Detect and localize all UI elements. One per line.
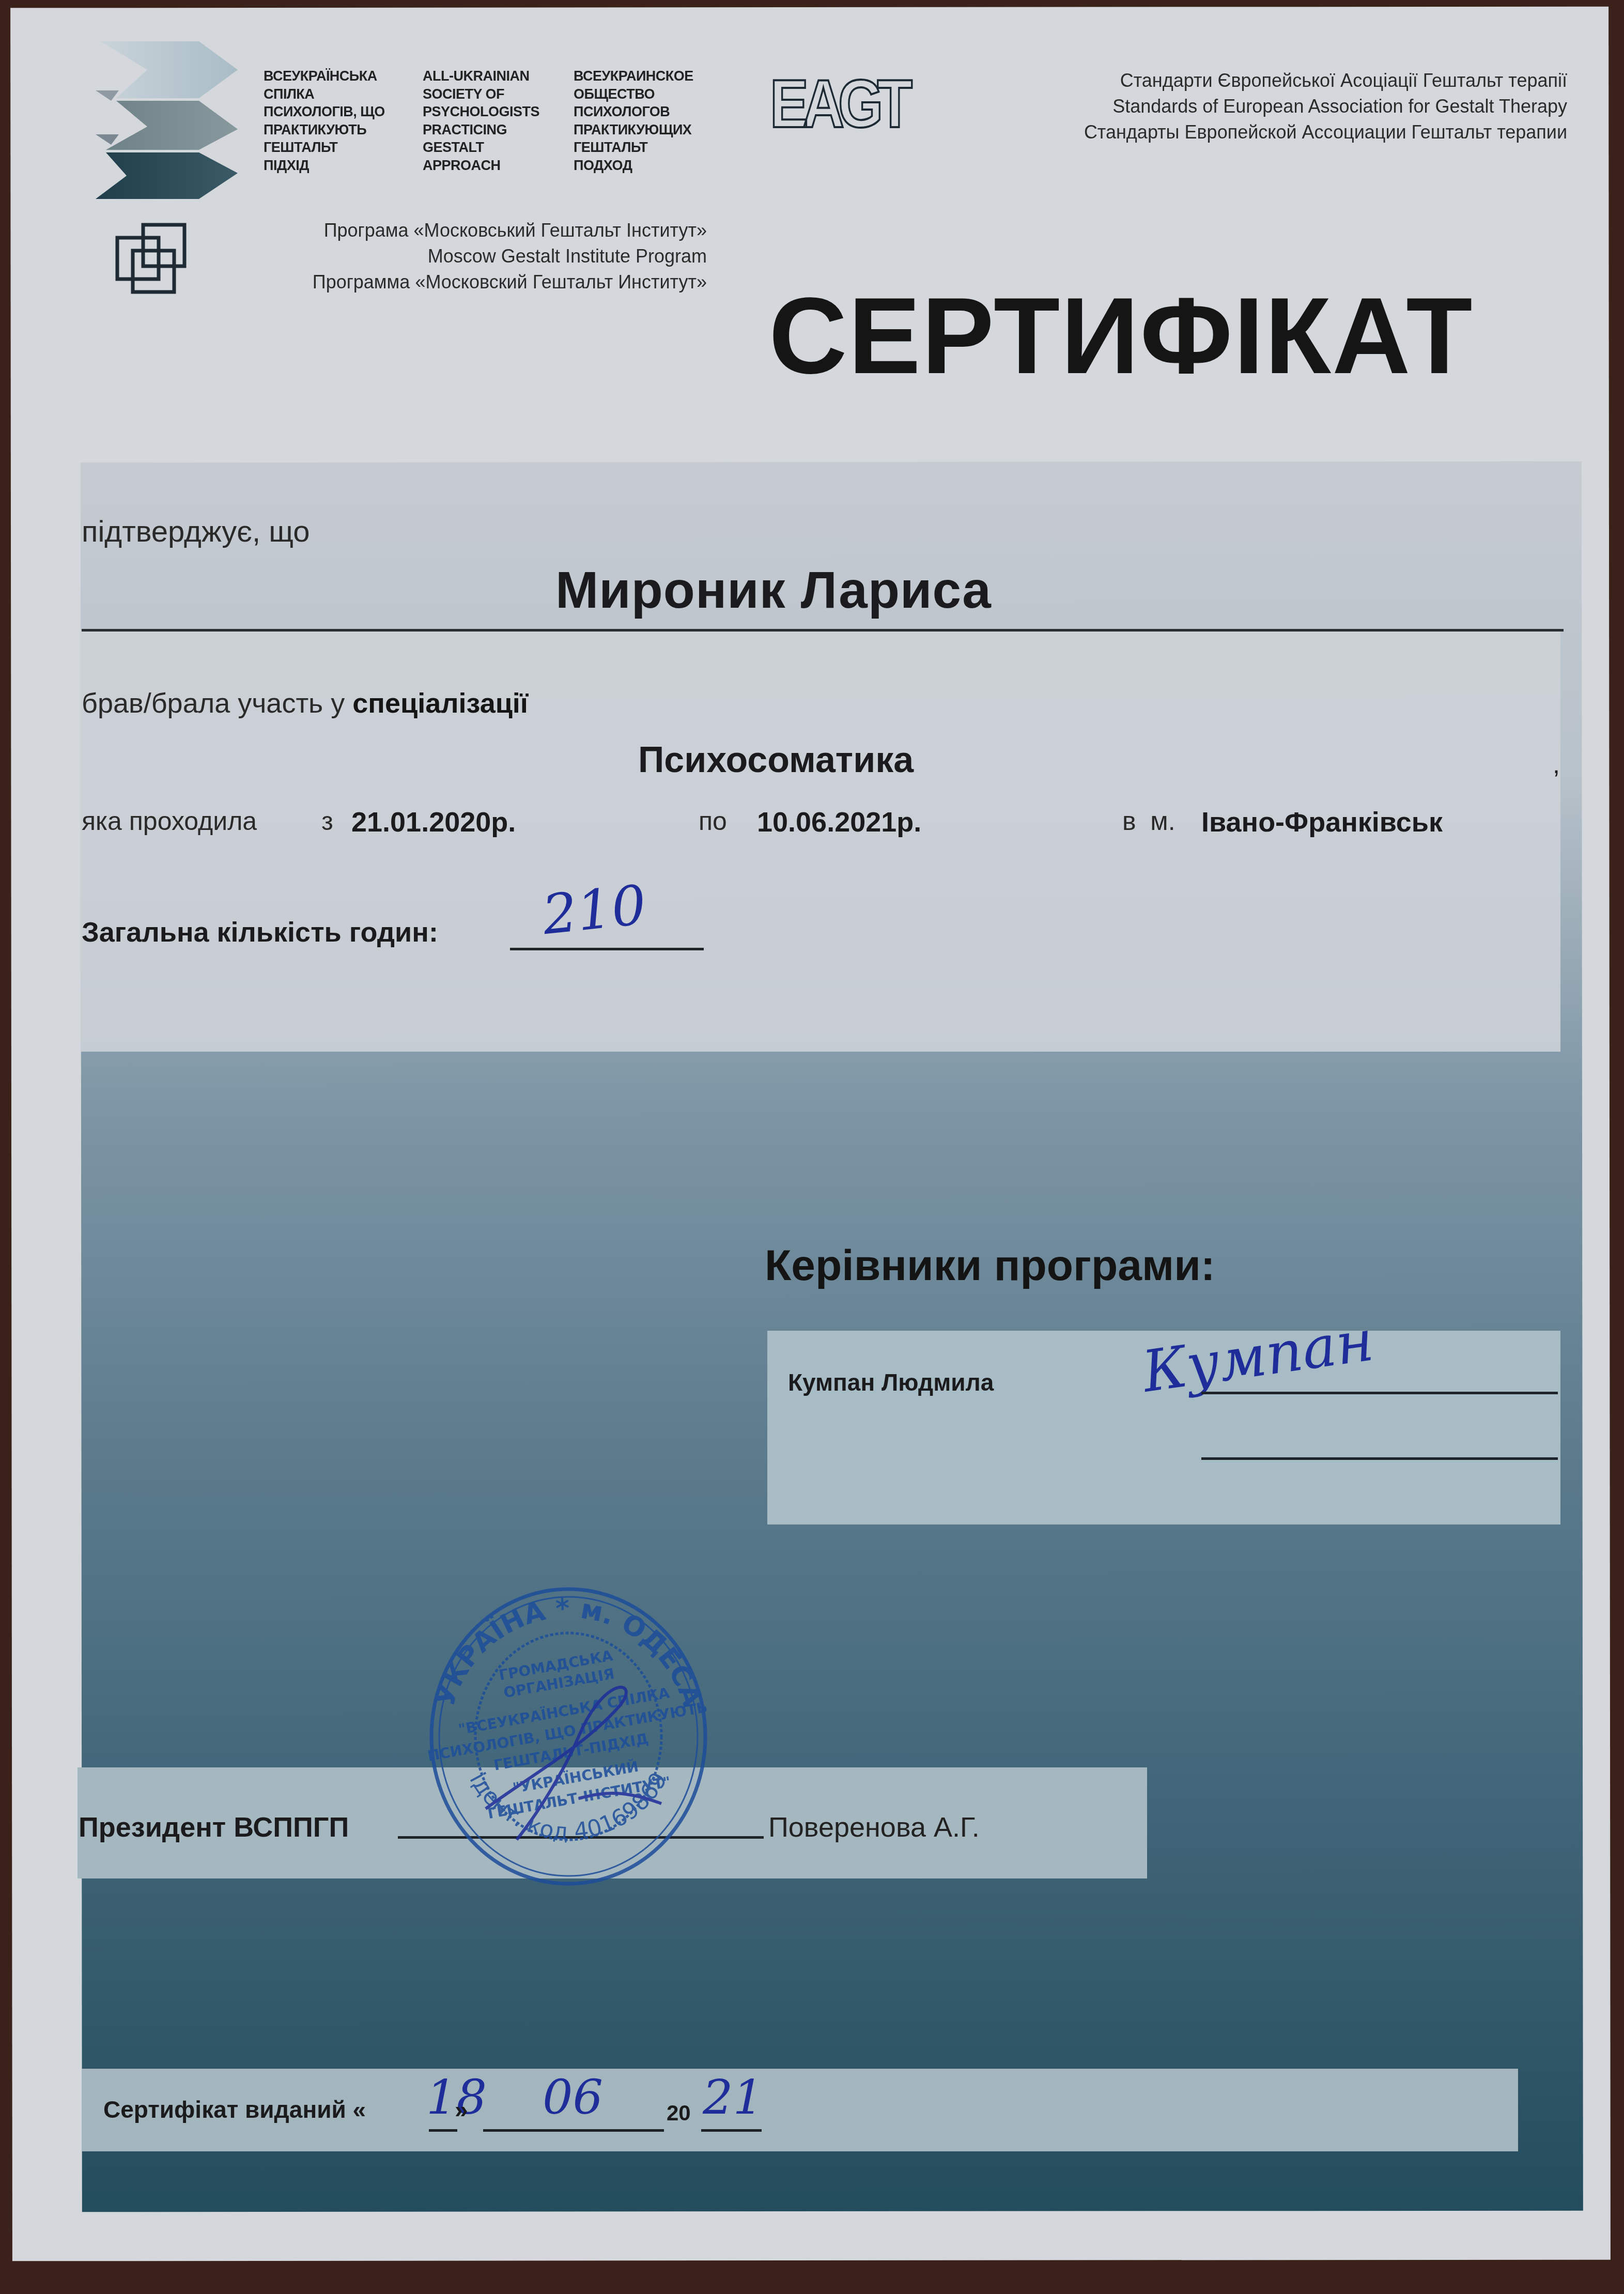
issued-year-line [701, 2129, 762, 2132]
issued-close-quote: » [455, 2096, 468, 2123]
hours-value-handwritten: 210 [539, 873, 649, 947]
leaders-heading: Керівники програми: [765, 1240, 1215, 1290]
to-date: 10.06.2021р. [757, 806, 921, 838]
hours-underline [510, 948, 704, 950]
from-label: з [321, 806, 333, 836]
participated-line: брав/брала участь у спеціалізації [82, 687, 528, 719]
issued-month-line [483, 2129, 664, 2132]
city-name: Івано-Франківськ [1201, 806, 1443, 838]
standards-uk: Стандарти Європейської Асоціації Гешталь… [1120, 70, 1567, 91]
program-name-en: Moscow Gestalt Institute Program [428, 245, 707, 267]
issued-day-line [429, 2129, 457, 2132]
leader-signature-line-2 [1201, 1457, 1558, 1460]
overlapping-squares-logo-icon [115, 222, 187, 295]
recipient-name: Мироник Лариса [555, 561, 992, 620]
confirms-label: підтверджує, що [82, 514, 310, 549]
specialization-name: Психосоматика [638, 739, 914, 780]
participated-bold: спеціалізації [352, 688, 528, 719]
leader-name: Кумпан Людмила [788, 1368, 994, 1396]
issued-month: 06 [543, 2070, 603, 2125]
president-role: Президент ВСППГП [79, 1811, 349, 1843]
to-label: по [699, 806, 727, 836]
from-date: 21.01.2020р. [351, 806, 516, 838]
program-name-ru: Программа «Московский Гештальт Институт» [313, 271, 707, 293]
leader-signature-line-1 [1201, 1392, 1558, 1394]
hours-label: Загальна кількість годин: [82, 916, 438, 948]
chevron-stack-logo-icon [96, 41, 251, 207]
standards-ru: Стандарты Европейской Ассоциации Гешталь… [1084, 121, 1567, 143]
held-label: яка проходила [82, 806, 257, 836]
city-label: в м. [1122, 806, 1176, 836]
org-name-uk: ВСЕУКРАЇНСЬКАСПІЛКАПСИХОЛОГІВ, ЩО ПРАКТИ… [264, 67, 385, 174]
issued-year-suffix: 21 [703, 2070, 763, 2125]
standards-en: Standards of European Association for Ge… [1112, 96, 1567, 117]
name-underline [82, 629, 1564, 632]
program-name-uk: Програма «Московський Гештальт Інститут» [324, 220, 707, 241]
issued-label: Сертифікат виданий « [103, 2096, 366, 2123]
president-name: Поверенова А.Г. [768, 1811, 980, 1843]
org-name-en: ALL-UKRAINIANSOCIETY OFPSYCHOLOGISTS PRA… [423, 67, 539, 174]
issued-year-prefix: 20 [667, 2101, 691, 2126]
organization-stamp-icon: УКРАЇНА * м. ОДЕСА ідент. код 40169869 Г… [413, 1581, 723, 1891]
trailing-comma: , [1553, 749, 1560, 779]
org-name-ru: ВСЕУКРАИНСКОЕОБЩЕСТВОПСИХОЛОГОВ ПРАКТИКУ… [574, 67, 693, 174]
eagt-logo: EAGT [770, 70, 906, 138]
certificate-title: СЕРТИФІКАТ [769, 282, 1473, 390]
participated-label: брав/брала участь у [82, 688, 345, 719]
